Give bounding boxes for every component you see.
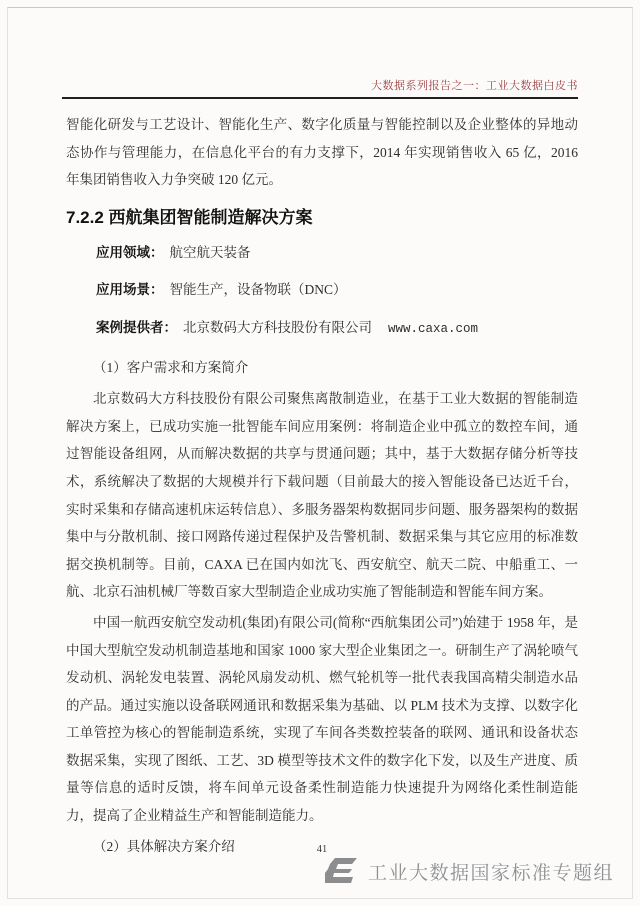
footer-logo-text: 工业大数据国家标准专题组	[368, 858, 614, 885]
field-label: 应用场景：	[96, 282, 164, 297]
running-header: 大数据系列报告之一：工业大数据白皮书	[62, 79, 578, 93]
document-page: 大数据系列报告之一：工业大数据白皮书 智能化研发与工艺设计、智能化生产、数字化质…	[0, 0, 640, 906]
subsection-1-heading: （1）客户需求和方案简介	[66, 354, 578, 382]
page-number: 41	[66, 844, 578, 855]
header-rule	[62, 97, 578, 99]
page-content: 智能化研发与工艺设计、智能化生产、数字化质量与智能控制以及企业整体的异地动态协作…	[66, 111, 578, 864]
field-label: 应用领域：	[96, 245, 164, 260]
field-value: 航空航天装备	[170, 245, 251, 260]
intro-paragraph: 智能化研发与工艺设计、智能化生产、数字化质量与智能控制以及企业整体的异地动态协作…	[66, 111, 578, 194]
field-case-provider: 案例提供者：北京数码大方科技股份有限公司www.caxa.com	[66, 314, 578, 344]
footer-logo: 工业大数据国家标准专题组	[325, 856, 614, 886]
paragraph-company-background: 中国一航西安航空发动机(集团)有限公司(简称“西航集团公司”)始建于 1958 …	[66, 609, 578, 830]
book-logo-icon	[325, 856, 359, 886]
field-application-domain: 应用领域：航空航天装备	[66, 239, 578, 267]
provider-website: www.caxa.com	[388, 322, 478, 336]
section-heading: 7.2.2 西航集团智能制造解决方案	[66, 205, 578, 231]
field-value: 北京数码大方科技股份有限公司	[183, 320, 372, 335]
field-application-scenario: 应用场景：智能生产，设备物联（DNC）	[66, 276, 578, 304]
paragraph-customer-needs: 北京数码大方科技股份有限公司聚焦离散制造业，在基于工业大数据的智能制造解决方案上…	[66, 385, 578, 606]
field-label: 案例提供者：	[96, 320, 177, 335]
field-value: 智能生产，设备物联（DNC）	[170, 282, 347, 297]
